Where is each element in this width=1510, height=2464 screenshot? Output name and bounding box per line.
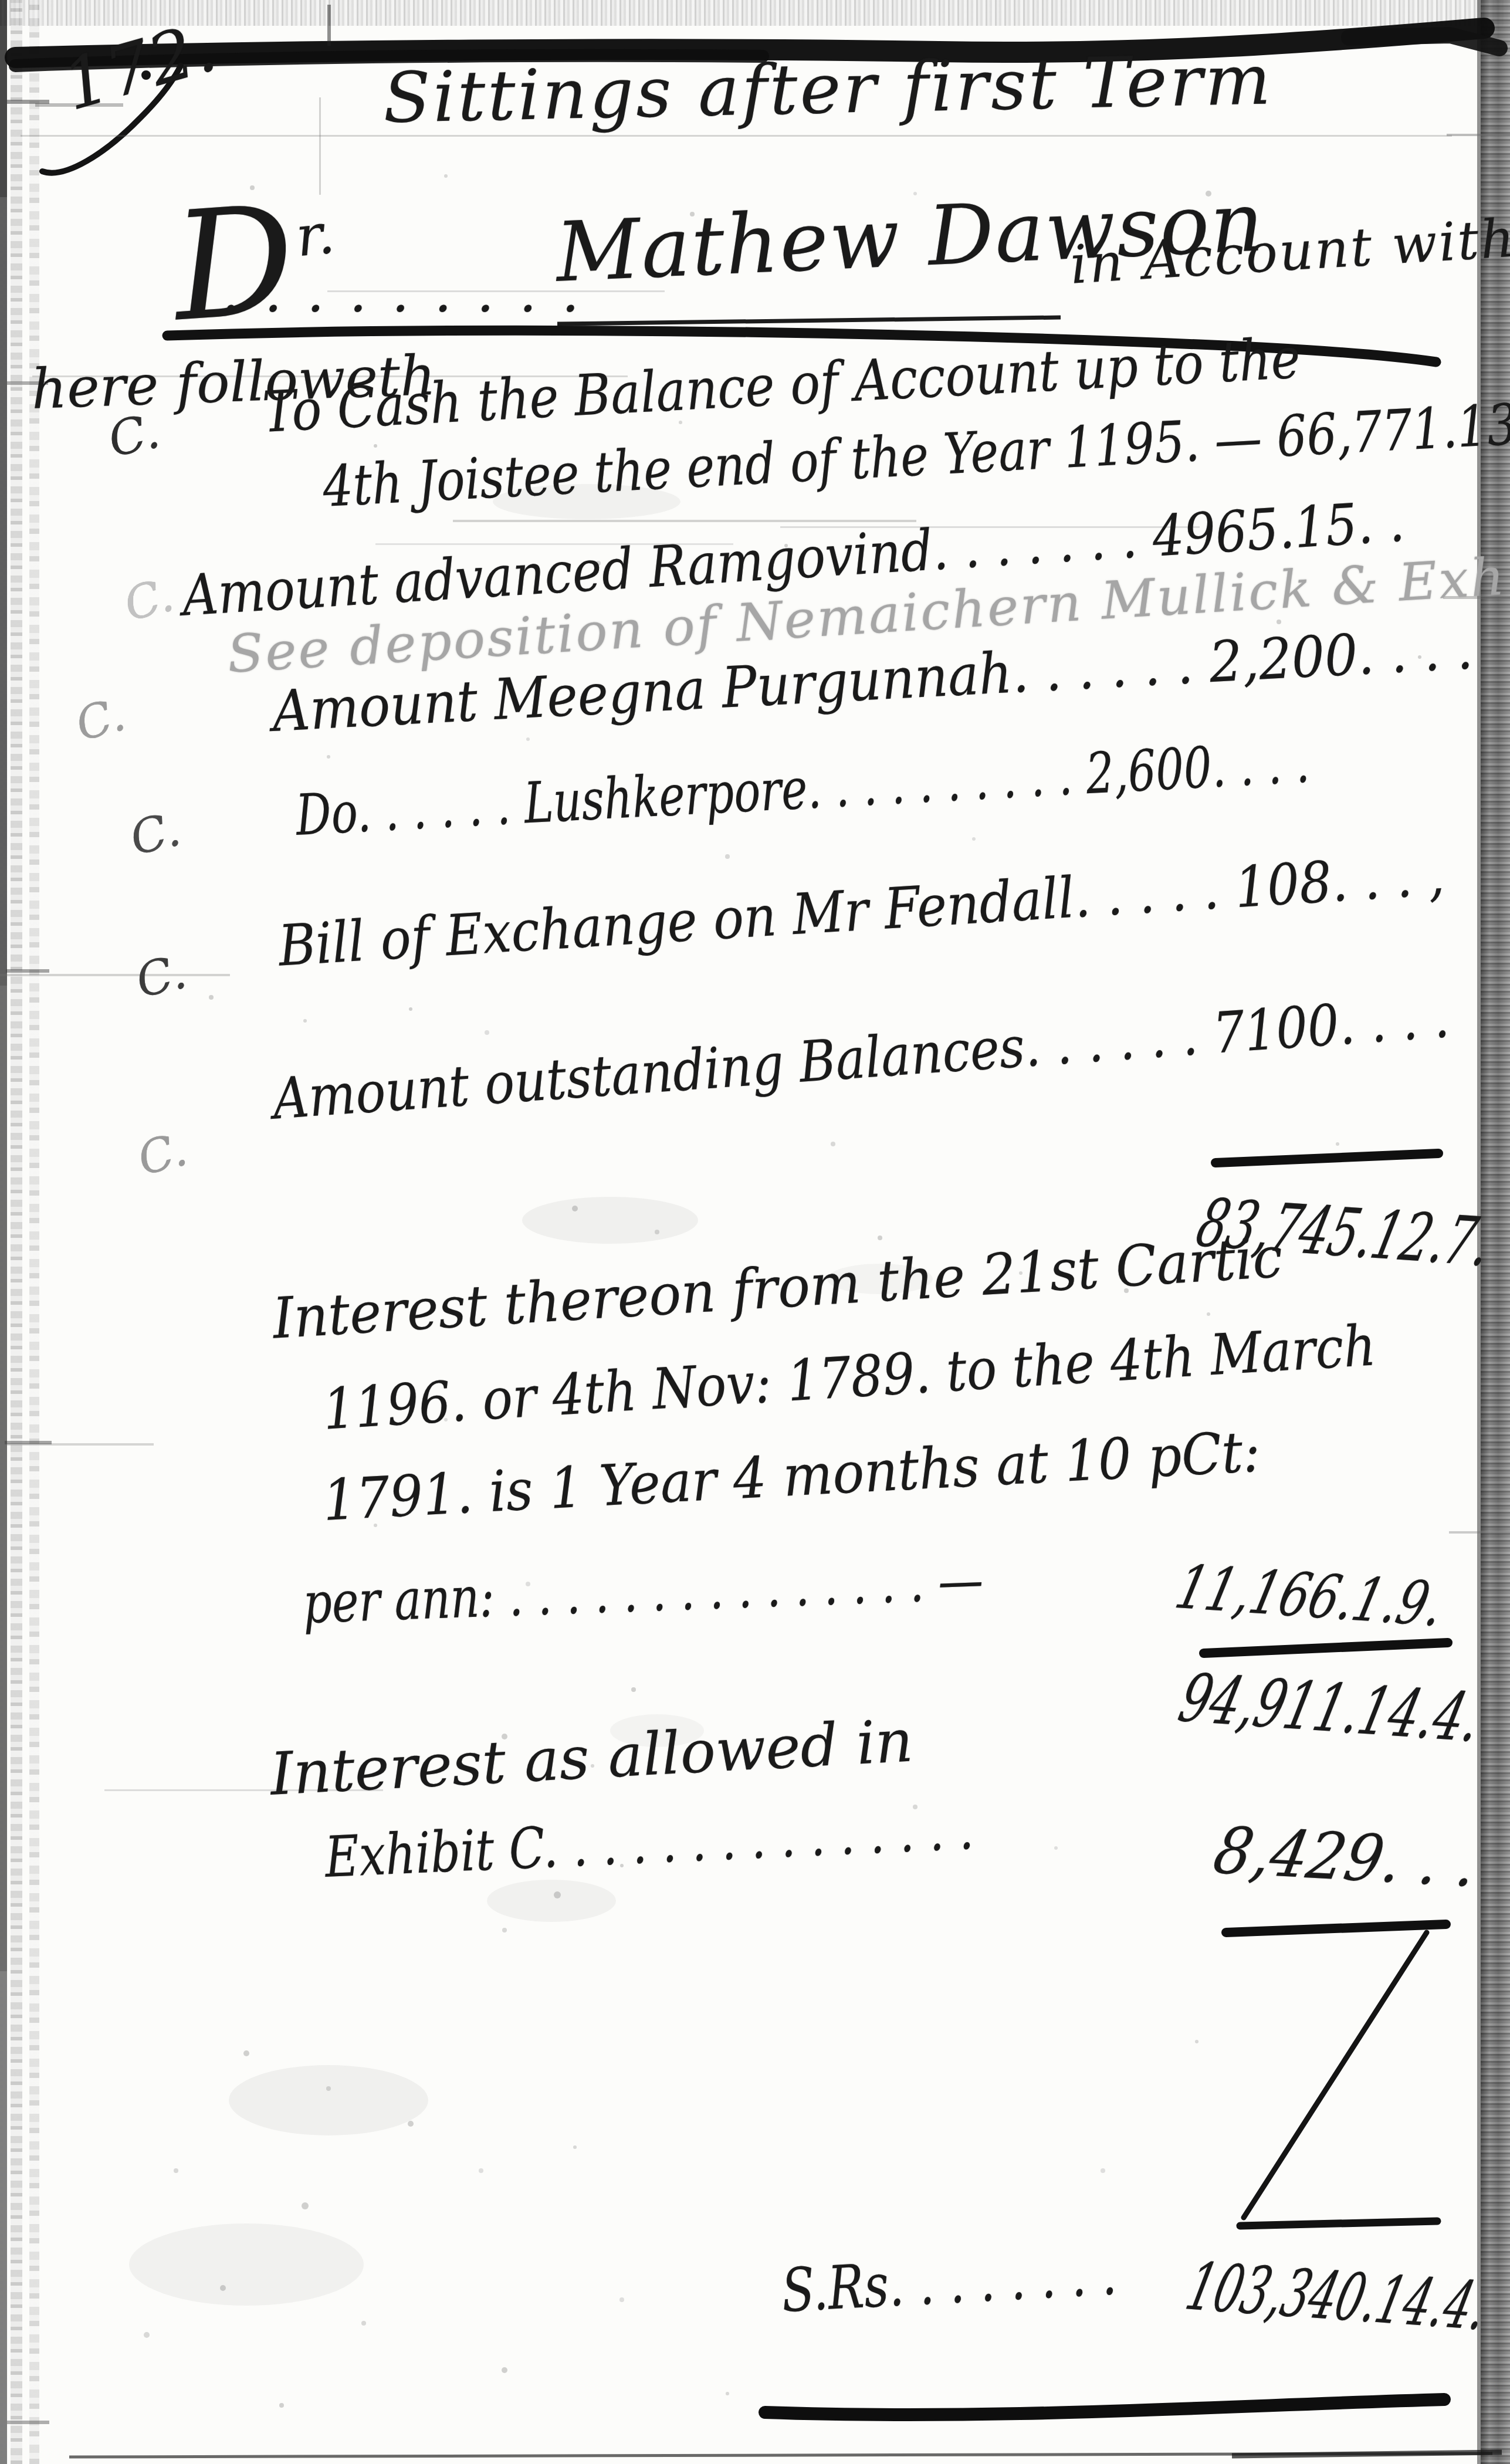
- sum-rule-exhibit: [1226, 1924, 1446, 1932]
- sum-rule-interest: [1204, 1643, 1448, 1653]
- grand-total-underline: [765, 2399, 1444, 2415]
- account-name-underline: [557, 317, 1061, 324]
- margin-ref: C.: [132, 948, 191, 1005]
- page-title: Sittings after first Term: [382, 45, 1274, 133]
- grand-total-label: S.Rs. . . . . . . .: [780, 2244, 1118, 2321]
- grand-total-amount: 103,340.14.4.: [1180, 2254, 1494, 2340]
- interest-amount: 11,166.1.9.: [1170, 1558, 1450, 1636]
- margin-ref: C.: [126, 805, 185, 862]
- carry-diagonal-stroke: [1244, 1932, 1427, 2218]
- margin-ref: C.: [104, 407, 164, 465]
- debit-abbreviation-superscript: r.: [293, 206, 337, 265]
- top-tick-mark: [327, 5, 331, 46]
- carry-bottom-bar: [1240, 2221, 1437, 2226]
- manuscript-page: 172. Sittings after first Term D r. . . …: [0, 0, 1510, 2464]
- heading-leader-dots: . . . . . . . . .: [222, 265, 583, 321]
- subtotal-with-interest: 94,911.14.4.: [1173, 1665, 1488, 1752]
- sum-rule-first: [1216, 1153, 1438, 1163]
- exhibit-amount: 8,429. . .: [1209, 1819, 1482, 1896]
- left-margin-dashes: [5, 100, 52, 2424]
- bottom-page-edge-dark-segment: [1232, 2452, 1502, 2456]
